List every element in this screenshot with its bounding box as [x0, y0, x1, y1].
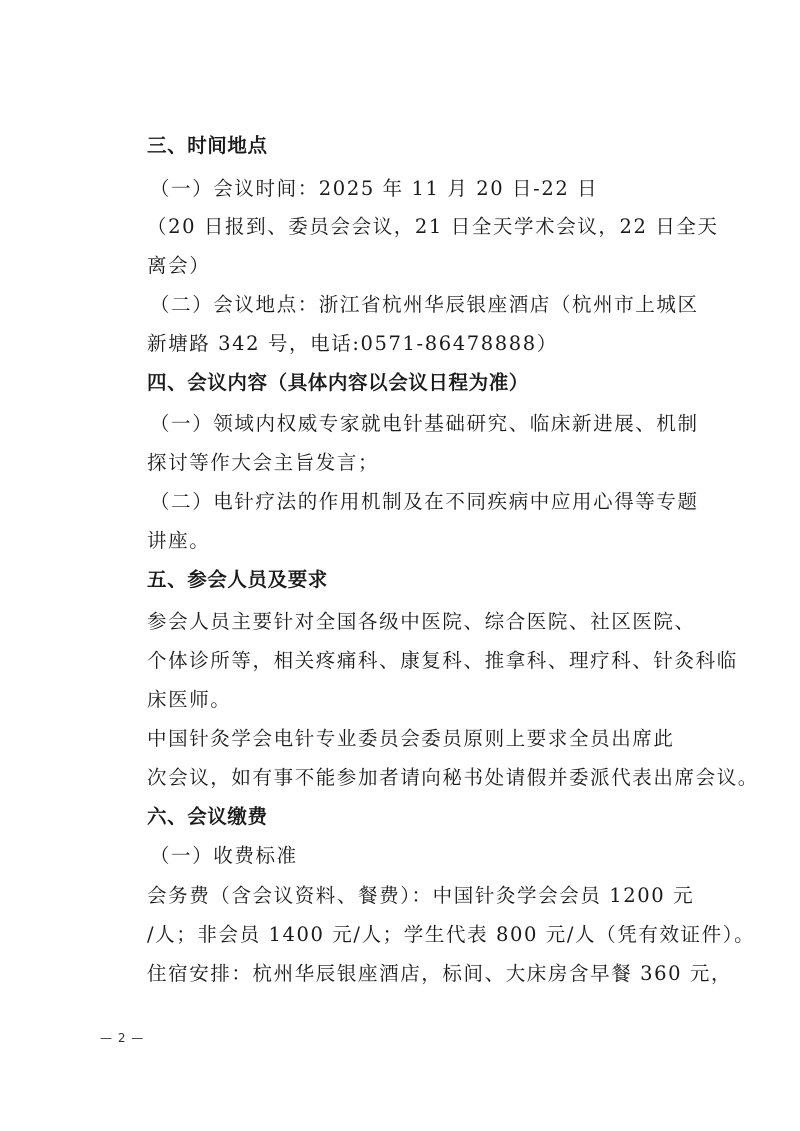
content-item-2-line-2: 讲座。: [147, 528, 707, 554]
fees-subheading: （一）收费标准: [150, 843, 710, 869]
page-number: — 2 —: [100, 1031, 144, 1045]
fees-line-2: /人；非会员 1400 元/人；学生代表 800 元/人（凭有效证件）。: [147, 922, 707, 948]
meeting-time-detail-line-2: 离会）: [147, 253, 707, 279]
attendees-para-2-line-1: 中国针灸学会电针专业委员会委员原则上要求全员出席此: [147, 726, 707, 752]
attendees-para-1-line-2: 个体诊所等，相关疼痛科、康复科、推拿科、理疗科、针灸科临: [147, 648, 707, 674]
section-heading-attendees: 五、参会人员及要求: [147, 567, 707, 593]
meeting-venue-line-1: （二）会议地点：浙江省杭州华辰银座酒店（杭州市上城区: [150, 292, 710, 318]
meeting-time-detail-line-1: （20 日报到、委员会会议，21 日全天学术会议，22 日全天: [147, 214, 707, 240]
document-page: 三、时间地点 （一）会议时间：2025 年 11 月 20 日-22 日 （20…: [0, 0, 800, 1131]
fees-line-1: 会务费（含会议资料、餐费）：中国针灸学会会员 1200 元: [147, 883, 707, 909]
section-heading-fees: 六、会议缴费: [147, 804, 707, 830]
content-item-1-line-1: （一）领域内权威专家就电针基础研究、临床新进展、机制: [150, 411, 710, 437]
attendees-para-1-line-1: 参会人员主要针对全国各级中医院、综合医院、社区医院、: [147, 609, 707, 635]
meeting-time-line: （一）会议时间：2025 年 11 月 20 日-22 日: [150, 176, 710, 202]
meeting-venue-line-2: 新塘路 342 号，电话:0571-86478888）: [147, 331, 707, 357]
content-item-1-line-2: 探讨等作大会主旨发言；: [147, 450, 707, 476]
attendees-para-2-line-2: 次会议，如有事不能参加者请向秘书处请假并委派代表出席会议。: [147, 765, 707, 791]
attendees-para-1-line-3: 床医师。: [147, 687, 707, 713]
section-heading-meeting-content: 四、会议内容（具体内容以会议日程为准）: [147, 370, 707, 396]
lodging-line: 住宿安排：杭州华辰银座酒店，标间、大床房含早餐 360 元，: [147, 961, 707, 987]
content-item-2-line-1: （二）电针疗法的作用机制及在不同疾病中应用心得等专题: [150, 489, 710, 515]
section-heading-time-location: 三、时间地点: [147, 133, 707, 159]
